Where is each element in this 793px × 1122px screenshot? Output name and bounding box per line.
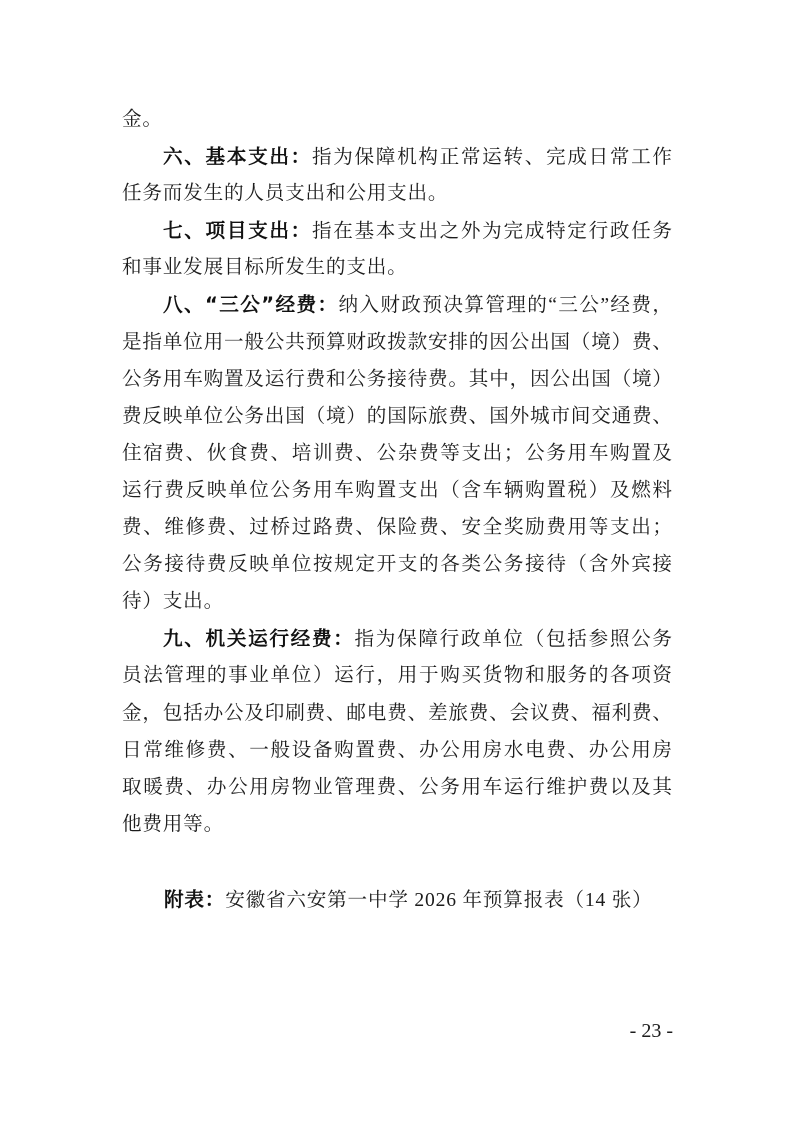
appendix-text: 安徽省六安第一中学 2026 年预算报表（14 张） xyxy=(225,890,652,911)
section-basic-expenditure: 六、基本支出：指为保障机构正常运转、完成日常工作 任务而发生的人员支出和公用支出… xyxy=(122,138,672,212)
text-line: 七、项目支出：指在基本支出之外为完成特定行政任务 xyxy=(122,212,672,249)
text-line: 金，包括办公及印刷费、邮电费、差旅费、会议费、福利费、 xyxy=(122,695,672,732)
text-line: 和事业发展目标所发生的支出。 xyxy=(122,249,672,286)
text-line: 九、机关运行经费：指为保障行政单位（包括参照公务 xyxy=(122,620,672,657)
document-page: 金。 六、基本支出：指为保障机构正常运转、完成日常工作 任务而发生的人员支出和公… xyxy=(0,0,793,1122)
text-line: 员法管理的事业单位）运行，用于购买货物和服务的各项资 xyxy=(122,657,672,694)
section-text: 指为保障行政单位（包括参照公务 xyxy=(355,629,673,650)
text-line: 费反映单位公务出国（境）的国际旅费、国外城市间交通费、 xyxy=(122,398,672,435)
text-line: 是指单位用一般公共预算财政拨款安排的因公出国（境）费、 xyxy=(122,324,672,361)
page-number: - 23 - xyxy=(630,1016,673,1046)
text-line: 日常维修费、一般设备购置费、办公用房水电费、办公用房 xyxy=(122,732,672,769)
section-text: 指为保障机构正常运转、完成日常工作 xyxy=(312,147,672,168)
section-label: 七、项目支出： xyxy=(163,219,312,242)
text-line: 费、维修费、过桥过路费、保险费、安全奖励费用等支出； xyxy=(122,509,672,546)
section-text: 指在基本支出之外为完成特定行政任务 xyxy=(312,221,672,242)
section-label: 六、基本支出： xyxy=(163,145,312,168)
appendix-label: 附表： xyxy=(164,888,225,911)
text-line: 运行费反映单位公务用车购置支出（含车辆购置税）及燃料 xyxy=(122,472,672,509)
section-agency-operating-expenses: 九、机关运行经费：指为保障行政单位（包括参照公务 员法管理的事业单位）运行，用于… xyxy=(122,620,672,843)
text-line: 待）支出。 xyxy=(122,583,672,620)
section-label: 九、机关运行经费： xyxy=(163,627,355,650)
text-line: 八、“三公”经费：纳入财政预决算管理的“三公”经费， xyxy=(122,286,672,323)
text-line: 六、基本支出：指为保障机构正常运转、完成日常工作 xyxy=(122,138,672,175)
text-line: 住宿费、伙食费、培训费、公杂费等支出；公务用车购置及 xyxy=(122,435,672,472)
text-line: 任务而发生的人员支出和公用支出。 xyxy=(122,175,672,212)
section-text: 纳入财政预决算管理的“三公”经费， xyxy=(338,295,672,316)
text-line: 取暖费、办公用房物业管理费、公务用车运行维护费以及其 xyxy=(122,769,672,806)
continuation-line: 金。 xyxy=(122,101,672,138)
section-project-expenditure: 七、项目支出：指在基本支出之外为完成特定行政任务 和事业发展目标所发生的支出。 xyxy=(122,212,672,286)
section-label: 八、“三公”经费： xyxy=(163,293,338,316)
text-line: 公务用车购置及运行费和公务接待费。其中，因公出国（境） xyxy=(122,361,672,398)
text-line: 公务接待费反映单位按规定开支的各类公务接待（含外宾接 xyxy=(122,546,672,583)
section-three-public-expenses: 八、“三公”经费：纳入财政预决算管理的“三公”经费， 是指单位用一般公共预算财政… xyxy=(122,286,672,620)
text-line: 他费用等。 xyxy=(122,806,672,843)
body-text: 金。 六、基本支出：指为保障机构正常运转、完成日常工作 任务而发生的人员支出和公… xyxy=(122,101,672,843)
appendix-note: 附表：安徽省六安第一中学 2026 年预算报表（14 张） xyxy=(164,881,653,918)
